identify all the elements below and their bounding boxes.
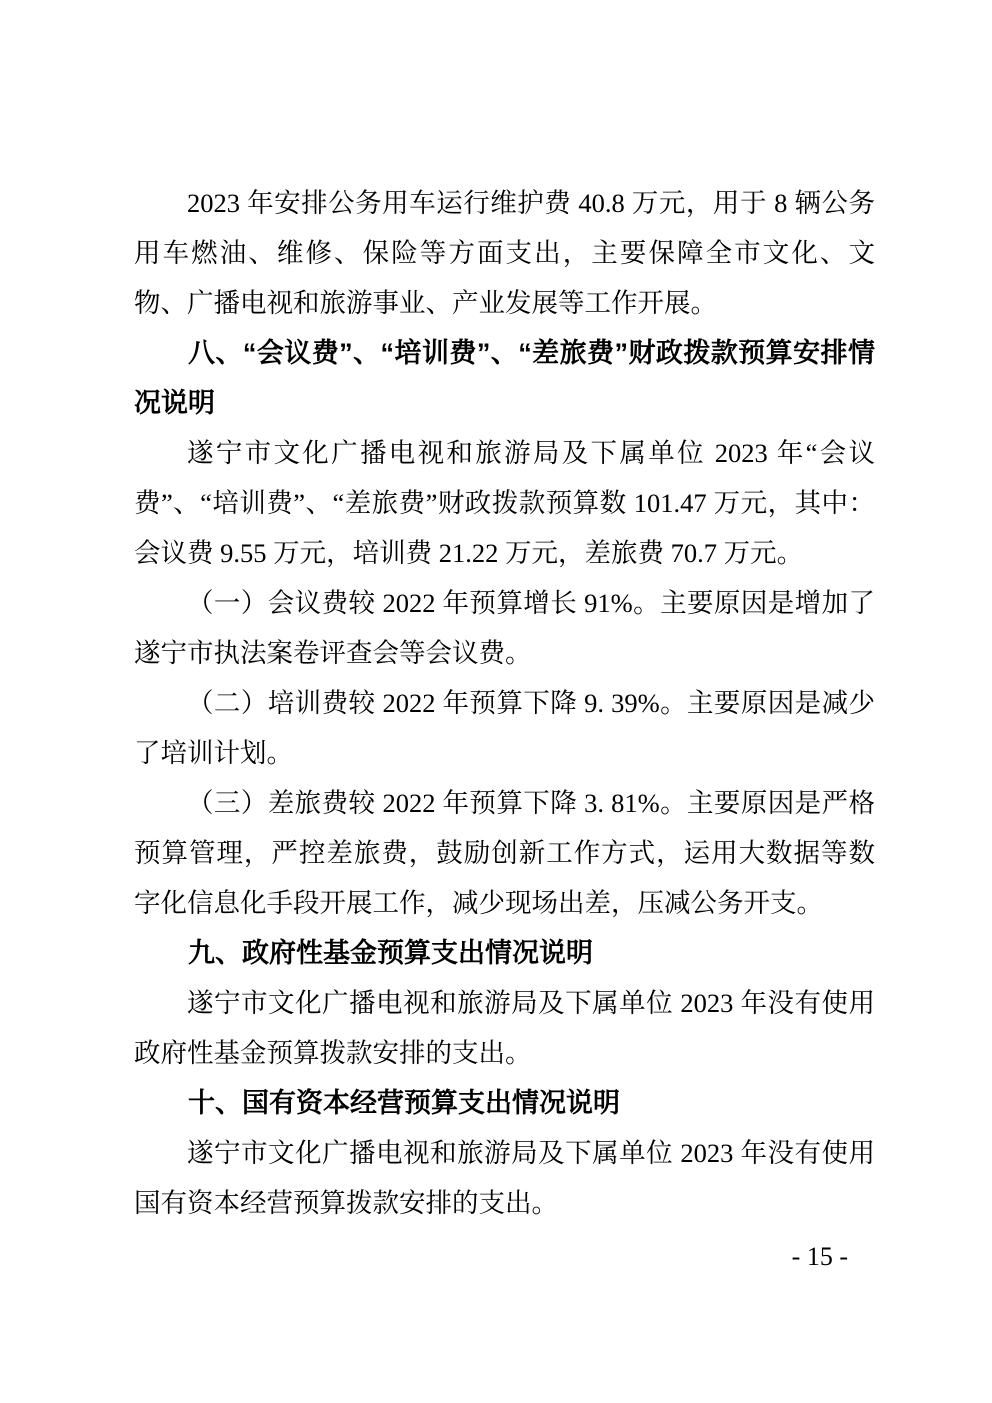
budget-document-page: 2023 年安排公务用车运行维护费 40.8 万元，用于 8 辆公务用车燃油、维… [0, 0, 992, 1403]
paragraph-vehicle-operation-cost: 2023 年安排公务用车运行维护费 40.8 万元，用于 8 辆公务用车燃油、维… [134, 178, 875, 328]
paragraph-training-fee-change: （二）培训费较 2022 年预算下降 9. 39%。主要原因是减少了培训计划。 [134, 678, 875, 778]
paragraph-travel-fee-change: （三）差旅费较 2022 年预算下降 3. 81%。主要原因是严格预算管理，严控… [134, 778, 875, 928]
heading-section-ten-state-capital: 十、国有资本经营预算支出情况说明 [134, 1078, 875, 1128]
document-body: 2023 年安排公务用车运行维护费 40.8 万元，用于 8 辆公务用车燃油、维… [134, 178, 875, 1228]
page-number: - 15 - [134, 1243, 875, 1271]
paragraph-state-capital-expenditure: 遂宁市文化广播电视和旅游局及下属单位 2023 年没有使用国有资本经营预算拨款安… [134, 1128, 875, 1228]
paragraph-fees-budget-total: 遂宁市文化广播电视和旅游局及下属单位 2023 年“会议费”、“培训费”、“差旅… [134, 428, 875, 578]
heading-section-nine-government-fund: 九、政府性基金预算支出情况说明 [134, 928, 875, 978]
heading-section-eight-fees-budget: 八、“会议费”、“培训费”、“差旅费”财政拨款预算安排情况说明 [134, 328, 875, 428]
paragraph-government-fund-expenditure: 遂宁市文化广播电视和旅游局及下属单位 2023 年没有使用政府性基金预算拨款安排… [134, 978, 875, 1078]
paragraph-meeting-fee-change: （一）会议费较 2022 年预算增长 91%。主要原因是增加了遂宁市执法案卷评查… [134, 578, 875, 678]
